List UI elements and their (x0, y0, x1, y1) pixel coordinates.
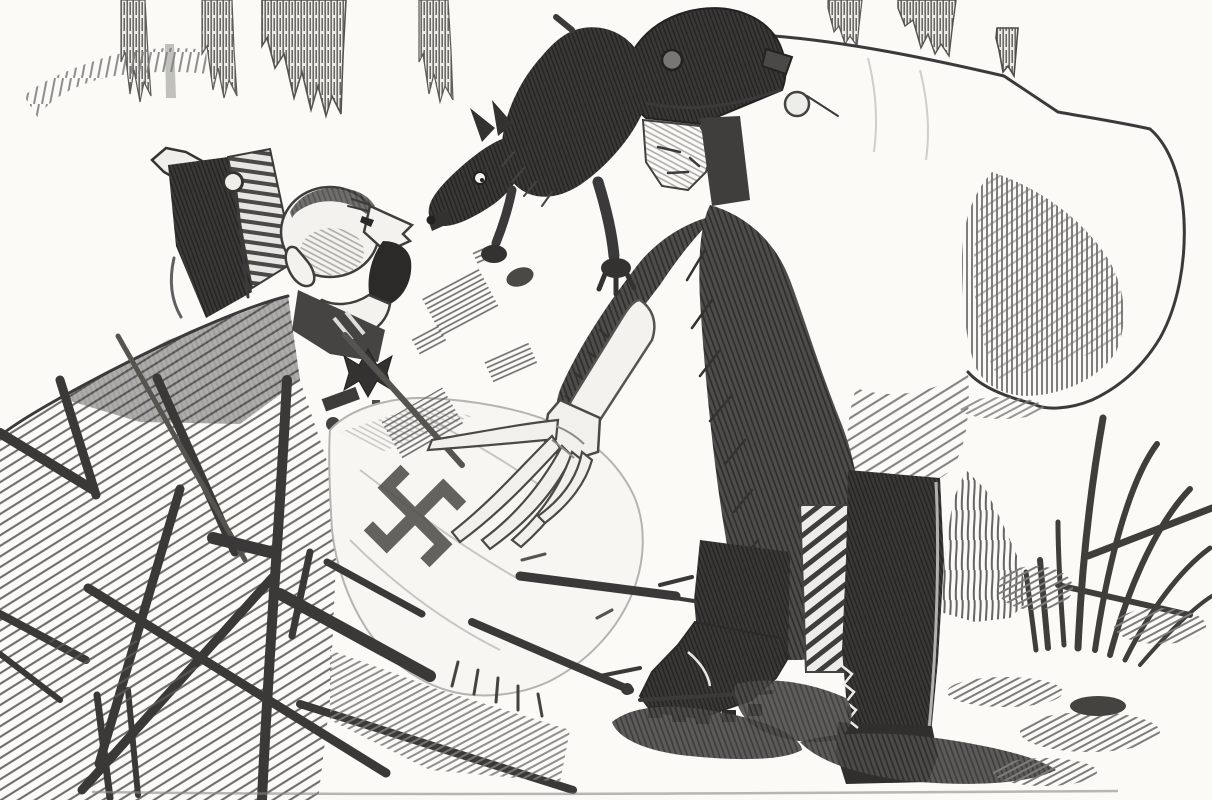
dog-nose (427, 216, 436, 225)
dog-pupil (480, 178, 484, 182)
dog-paw (481, 245, 507, 263)
reed-base-clump (1114, 608, 1206, 644)
illustration-page: Wartime pencil illustration (0, 0, 1212, 800)
ground-patch (993, 758, 1097, 786)
helmet-vent-boss (662, 50, 682, 70)
pencil-drawing: Wartime pencil illustration (0, 0, 1212, 800)
shoulder-button (785, 92, 809, 116)
dog-eye (474, 172, 486, 184)
dark-clump (1070, 696, 1126, 716)
log-knob (621, 683, 633, 695)
hem-shadow (960, 397, 1044, 419)
cap-cockade (224, 173, 243, 192)
ground-patch (947, 677, 1063, 707)
reed-base-clump (997, 566, 1073, 610)
ground-patch (1020, 712, 1160, 752)
far-leg (842, 470, 944, 745)
